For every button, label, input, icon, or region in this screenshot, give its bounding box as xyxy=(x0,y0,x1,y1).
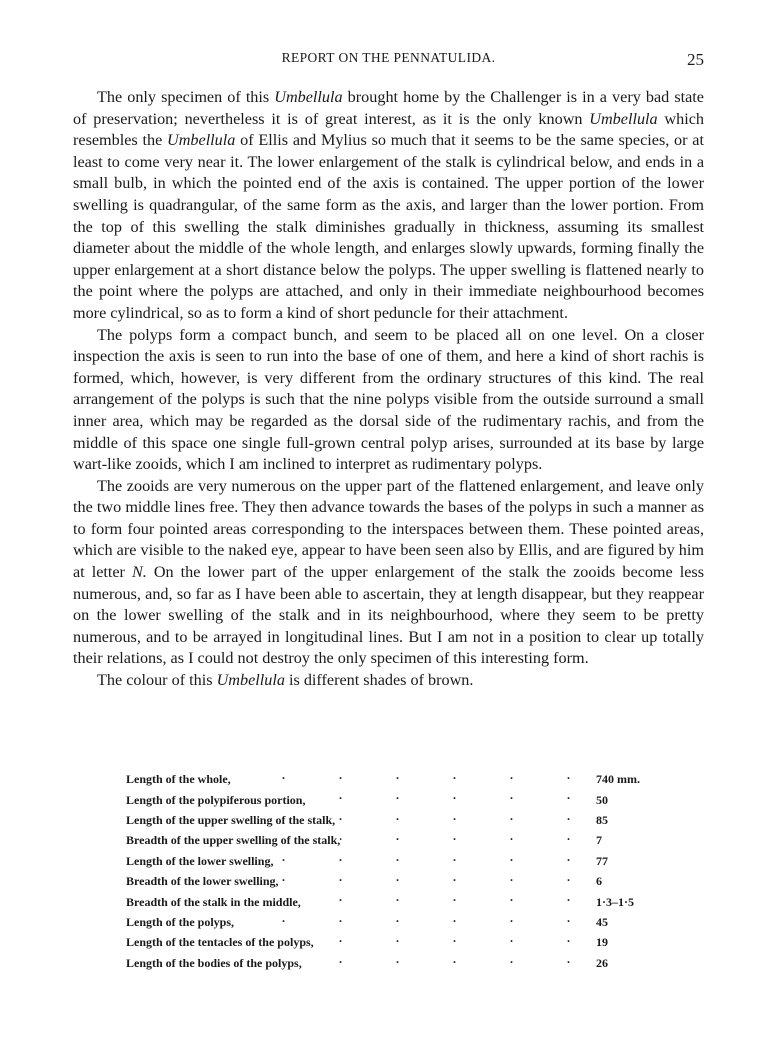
paragraph: The zooids are very numerous on the uppe… xyxy=(73,476,704,670)
italic-term: Umbellula xyxy=(589,110,657,128)
measurement-label: Breadth of the lower swelling, xyxy=(126,873,279,889)
measurements-table: Length of the whole,740 mm. Length of th… xyxy=(126,767,686,971)
measurement-row: Length of the lower swelling,77 xyxy=(126,849,686,869)
measurement-label: Length of the polypiferous portion, xyxy=(126,792,305,808)
measurement-row: Length of the upper swelling of the stal… xyxy=(126,808,686,828)
measurement-row: Length of the polypiferous portion,50 xyxy=(126,787,686,807)
measurement-label: Length of the lower swelling, xyxy=(126,853,273,869)
italic-term: Umbellula xyxy=(274,88,342,106)
measurement-label: Length of the upper swelling of the stal… xyxy=(126,812,335,828)
paragraph: The colour of this Umbellula is differen… xyxy=(73,670,704,692)
dot-leader xyxy=(335,808,570,824)
measurement-row: Breadth of the lower swelling,6 xyxy=(126,869,686,889)
measurement-value: 1·3–1·5 xyxy=(570,894,686,910)
dot-leader xyxy=(340,828,570,844)
paragraph: The only specimen of this Umbellula brou… xyxy=(73,87,704,325)
italic-term: Umbellula xyxy=(217,671,285,689)
italic-term: N. xyxy=(132,563,147,581)
measurement-value: 45 xyxy=(570,914,686,930)
measurement-label: Length of the polyps, xyxy=(126,914,234,930)
measurement-value: 26 xyxy=(570,955,686,971)
dot-leader xyxy=(302,951,570,967)
page-header: REPORT ON THE PENNATULIDA. 25 xyxy=(73,48,704,70)
running-title: REPORT ON THE PENNATULIDA. xyxy=(73,50,704,66)
measurement-label: Breadth of the stalk in the middle, xyxy=(126,894,301,910)
measurement-row: Length of the polyps,45 xyxy=(126,910,686,930)
measurement-row: Length of the tentacles of the polyps,19 xyxy=(126,930,686,950)
dot-leader xyxy=(231,767,570,783)
measurement-value: 740 mm. xyxy=(570,771,686,787)
measurement-value: 6 xyxy=(570,873,686,889)
measurement-label: Length of the bodies of the polyps, xyxy=(126,955,302,971)
paragraph: The polyps form a compact bunch, and see… xyxy=(73,325,704,476)
dot-leader xyxy=(301,889,570,905)
measurement-row: Length of the bodies of the polyps,26 xyxy=(126,951,686,971)
measurement-label: Length of the whole, xyxy=(126,771,231,787)
measurement-value: 7 xyxy=(570,832,686,848)
dot-leader xyxy=(234,910,570,926)
page-number: 25 xyxy=(687,50,704,70)
measurement-row: Breadth of the upper swelling of the sta… xyxy=(126,828,686,848)
measurement-value: 50 xyxy=(570,792,686,808)
italic-term: Umbellula xyxy=(167,131,235,149)
measurement-value: 85 xyxy=(570,812,686,828)
measurement-row: Length of the whole,740 mm. xyxy=(126,767,686,787)
body-text: The only specimen of this Umbellula brou… xyxy=(73,87,704,692)
dot-leader xyxy=(314,930,570,946)
measurement-value: 77 xyxy=(570,853,686,869)
measurement-label: Length of the tentacles of the polyps, xyxy=(126,934,314,950)
dot-leader xyxy=(273,849,570,865)
measurement-value: 19 xyxy=(570,934,686,950)
measurement-row: Breadth of the stalk in the middle,1·3–1… xyxy=(126,889,686,909)
dot-leader xyxy=(305,787,570,803)
measurement-label: Breadth of the upper swelling of the sta… xyxy=(126,832,340,848)
dot-leader xyxy=(279,869,570,885)
